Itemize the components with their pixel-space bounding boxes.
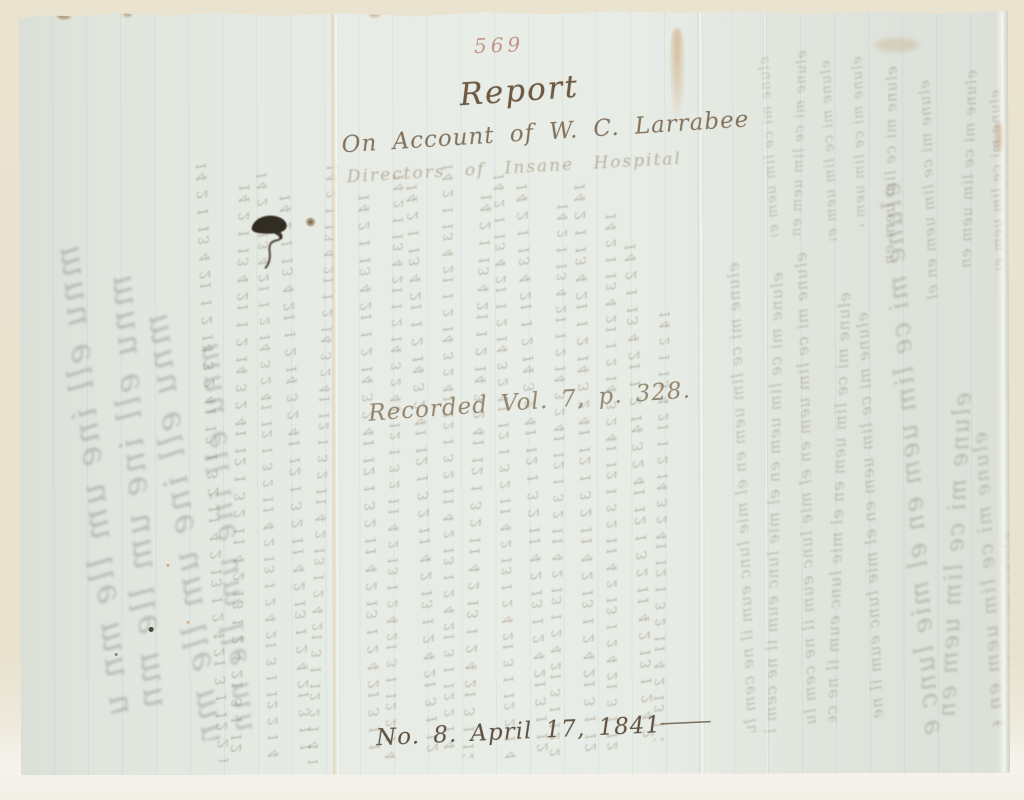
bleedthrough-layer: mnu ell ine um lle mn ui lem en uel mi m… <box>19 10 1008 13</box>
paper-tone-overlay <box>19 10 1010 776</box>
document-page: mnu ell ine um lle mn ui lem en uel mi m… <box>19 10 1010 776</box>
paper-right-edge <box>996 10 1010 773</box>
scan-background: mnu ell ine um lle mn ui lem en uel mi m… <box>0 0 1024 800</box>
